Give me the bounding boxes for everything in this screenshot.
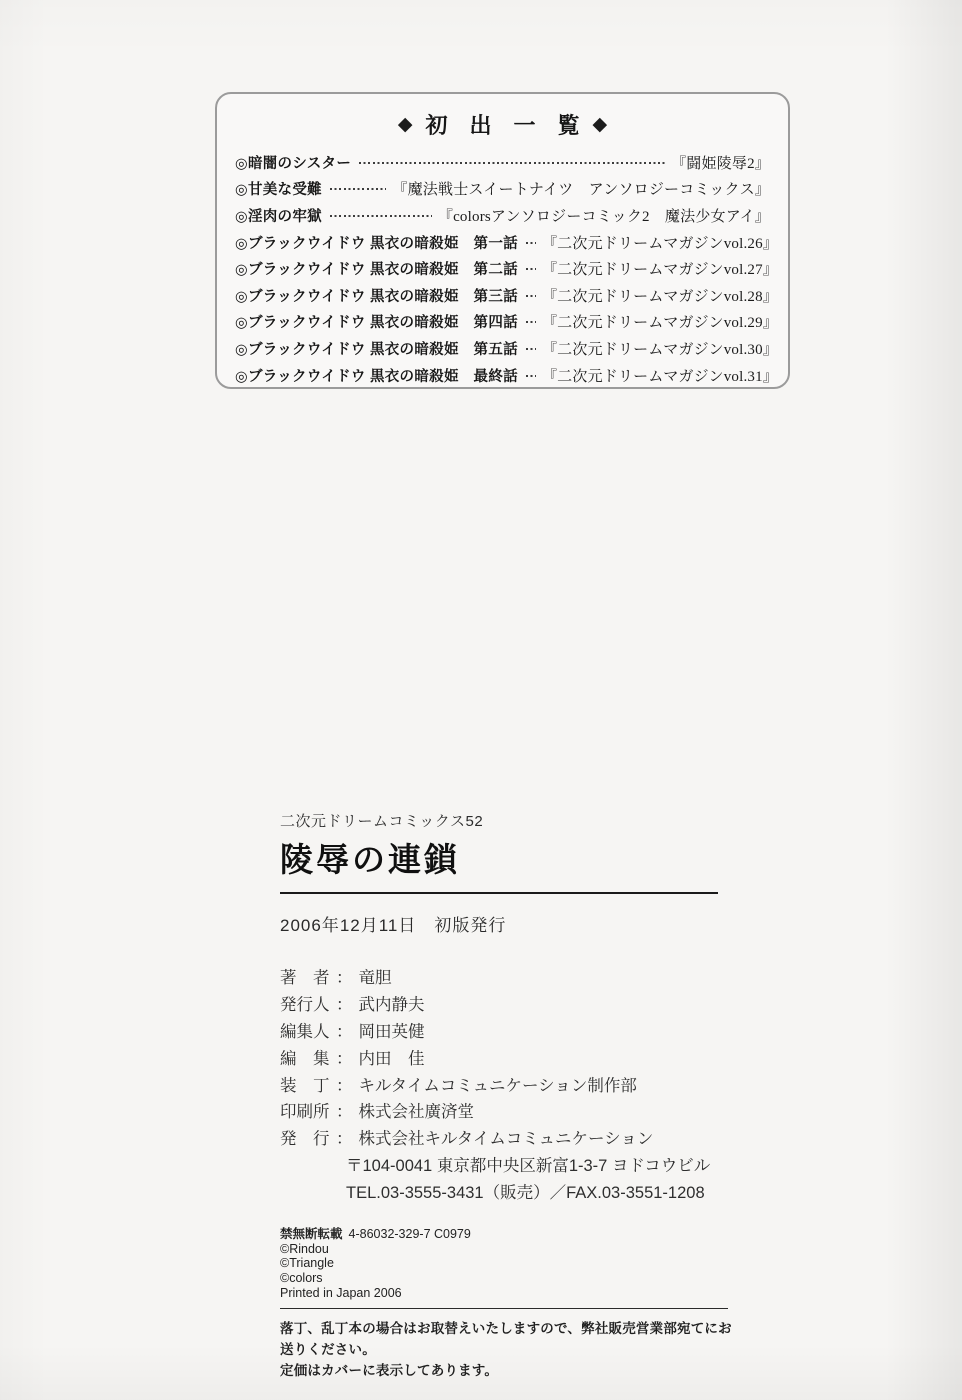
- dot-leader: [526, 242, 536, 244]
- source-title: 『闘姫陵辱2』: [671, 152, 770, 173]
- book-title: 陵辱の連鎖: [280, 834, 732, 881]
- publication-list-box: ◆ 初 出 一 覧 ◆ ◎暗闇のシスター 『闘姫陵辱2』 ◎甘美な受難 『魔法戦…: [215, 92, 790, 389]
- credit-label: 装 丁: [280, 1072, 334, 1096]
- work-title: ◎ブラックウイドウ 黒衣の暗殺姫 第五話: [235, 338, 518, 359]
- credits-block: 著 者 ： 竜胆 発行人 ： 武内静夫 編集人 ： 岡田英健 編 集 ： 内田 …: [280, 963, 732, 1204]
- footer-notes: 落丁、乱丁本の場合はお取替えいたしますので、弊社販売営業部宛てにお送りください。…: [280, 1318, 732, 1381]
- source-title: 『二次元ドリームマガジンvol.27』: [542, 258, 778, 279]
- source-title: 『二次元ドリームマガジンvol.26』: [542, 232, 778, 253]
- footer-note: 落丁、乱丁本の場合はお取替えいたしますので、弊社販売営業部宛てにお送りください。: [280, 1318, 732, 1360]
- credit-colon: ：: [336, 1018, 353, 1042]
- publication-row: ◎ブラックウイドウ 黒衣の暗殺姫 第一話 『二次元ドリームマガジンvol.26』: [235, 229, 770, 256]
- colophon: 二次元ドリームコミックス52 陵辱の連鎖 2006年12月11日 初版発行 著 …: [280, 810, 732, 1381]
- credit-row: 発 行 ： 株式会社キルタイムコミュニケーション: [280, 1124, 732, 1151]
- credit-value: 内田 佳: [359, 1045, 425, 1069]
- publication-row: ◎ブラックウイドウ 黒衣の暗殺姫 第四話 『二次元ドリームマガジンvol.29』: [235, 309, 770, 336]
- publication-list-title: ◆ 初 出 一 覧 ◆: [235, 109, 770, 140]
- source-title: 『魔法戦士スイートナイツ アンソロジーコミックス』: [392, 178, 770, 199]
- credit-label: 発行人: [280, 991, 334, 1015]
- publication-row: ◎ブラックウイドウ 黒衣の暗殺姫 第三話 『二次元ドリームマガジンvol.28』: [235, 282, 770, 309]
- publication-date: 2006年12月11日 初版発行: [280, 911, 732, 936]
- credit-colon: ：: [336, 964, 353, 988]
- credit-row: 編 集 ： 内田 佳: [280, 1043, 732, 1070]
- credit-label: 著 者: [280, 964, 334, 988]
- dot-leader: [526, 321, 536, 323]
- credit-value: キルタイムコミュニケーション制作部: [359, 1072, 637, 1096]
- credit-label: 発 行: [280, 1125, 334, 1149]
- scanned-colophon-page: ◆ 初 出 一 覧 ◆ ◎暗闇のシスター 『闘姫陵辱2』 ◎甘美な受難 『魔法戦…: [0, 0, 962, 1400]
- diamond-icon: ◆: [593, 113, 608, 136]
- credit-value: 竜胆: [359, 964, 392, 988]
- footer-rule: [280, 1308, 728, 1309]
- credit-value: 株式会社キルタイムコミュニケーション: [359, 1125, 654, 1149]
- credit-value: 武内静夫: [359, 991, 425, 1015]
- credit-colon: ：: [336, 991, 353, 1015]
- credit-label: 印刷所: [280, 1098, 334, 1122]
- publication-row: ◎甘美な受難 『魔法戦士スイートナイツ アンソロジーコミックス』: [235, 176, 770, 203]
- publication-row: ◎ブラックウイドウ 黒衣の暗殺姫 最終話 『二次元ドリームマガジンvol.31』: [235, 362, 770, 389]
- credit-row: 印刷所 ： 株式会社廣済堂: [280, 1097, 732, 1124]
- dot-leader: [526, 268, 536, 270]
- credit-row: 発行人 ： 武内静夫: [280, 990, 732, 1017]
- copyright-line: ©Triangle: [280, 1256, 732, 1271]
- publication-row: ◎ブラックウイドウ 黒衣の暗殺姫 第二話 『二次元ドリームマガジンvol.27』: [235, 255, 770, 282]
- title-rule: [280, 892, 718, 894]
- work-title: ◎ブラックウイドウ 黒衣の暗殺姫 第一話: [235, 232, 518, 253]
- publication-list-title-text: 初 出 一 覧: [425, 109, 579, 140]
- credit-colon: ：: [336, 1045, 353, 1069]
- publisher-address: 〒104-0041 東京都中央区新富1-3-7 ヨドコウビル: [346, 1151, 732, 1178]
- work-title: ◎ブラックウイドウ 黒衣の暗殺姫 第四話: [235, 311, 518, 332]
- source-title: 『二次元ドリームマガジンvol.29』: [542, 311, 778, 332]
- credit-value: 岡田英健: [359, 1018, 425, 1042]
- credit-row: 編集人 ： 岡田英健: [280, 1017, 732, 1044]
- dot-leader: [526, 375, 536, 377]
- work-title: ◎淫肉の牢獄: [235, 205, 322, 226]
- isbn-code: 4-86032-329-7 C0979: [349, 1227, 471, 1241]
- publication-row: ◎暗闇のシスター 『闘姫陵辱2』: [235, 149, 770, 176]
- dot-leader: [359, 162, 665, 164]
- source-title: 『colorsアンソロジーコミック2 魔法少女アイ』: [438, 205, 770, 226]
- work-title: ◎暗闇のシスター: [235, 152, 351, 173]
- isbn-line: 禁無断転載4-86032-329-7 C0979: [280, 1227, 732, 1242]
- credit-label: 編集人: [280, 1018, 334, 1042]
- credit-colon: ：: [336, 1072, 353, 1096]
- no-reproduction-notice: 禁無断転載: [280, 1227, 343, 1241]
- credit-row: 装 丁 ： キルタイムコミュニケーション制作部: [280, 1070, 732, 1097]
- dot-leader: [526, 295, 536, 297]
- series-label: 二次元ドリームコミックス52: [280, 810, 732, 831]
- copyright-line: ©Rindou: [280, 1242, 732, 1257]
- work-title: ◎ブラックウイドウ 黒衣の暗殺姫 第二話: [235, 258, 518, 279]
- publication-row: ◎淫肉の牢獄 『colorsアンソロジーコミック2 魔法少女アイ』: [235, 202, 770, 229]
- source-title: 『二次元ドリームマガジンvol.30』: [542, 338, 778, 359]
- credit-label: 編 集: [280, 1045, 334, 1069]
- source-title: 『二次元ドリームマガジンvol.28』: [542, 285, 778, 306]
- source-title: 『二次元ドリームマガジンvol.31』: [542, 365, 778, 386]
- copyright-line: ©colors: [280, 1271, 732, 1286]
- credit-colon: ：: [336, 1098, 353, 1122]
- printed-in-line: Printed in Japan 2006: [280, 1286, 732, 1301]
- dot-leader: [526, 348, 536, 350]
- work-title: ◎ブラックウイドウ 黒衣の暗殺姫 最終話: [235, 365, 518, 386]
- diamond-icon: ◆: [398, 113, 413, 136]
- dot-leader: [330, 215, 432, 217]
- credit-row: 著 者 ： 竜胆: [280, 963, 732, 990]
- dot-leader: [330, 188, 386, 190]
- publication-row: ◎ブラックウイドウ 黒衣の暗殺姫 第五話 『二次元ドリームマガジンvol.30』: [235, 335, 770, 362]
- credit-value: 株式会社廣済堂: [359, 1098, 475, 1122]
- work-title: ◎甘美な受難: [235, 178, 322, 199]
- footer-note: 定価はカバーに表示してあります。: [280, 1360, 732, 1381]
- publisher-phone-fax: TEL.03-3555-3431（販売）／FAX.03-3551-1208: [346, 1177, 732, 1204]
- work-title: ◎ブラックウイドウ 黒衣の暗殺姫 第三話: [235, 285, 518, 306]
- rights-block: 禁無断転載4-86032-329-7 C0979 ©Rindou ©Triang…: [280, 1227, 732, 1300]
- credit-colon: ：: [336, 1125, 353, 1149]
